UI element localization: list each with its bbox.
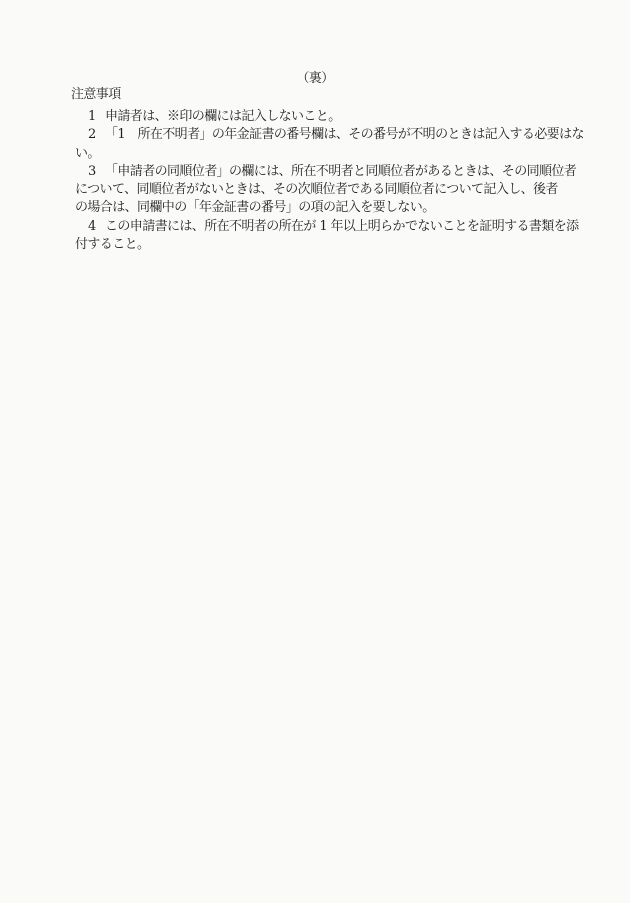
note-number: 3 [88,163,105,181]
note-line: 1申請者は、※印の欄には記入しないこと。 [0,108,630,126]
note-text: の場合は、同欄中の「年金証書の番号」の項の記入を要しない。 [75,200,435,215]
note-text: について、同順位者がないときは、その次順位者である同順位者について記入し、後者 [75,182,558,197]
note-item-3: 3「申請者の同順位者」の欄には、所在不明者と同順位者があるときは、その同順位者 … [0,163,630,218]
note-line: 3「申請者の同順位者」の欄には、所在不明者と同順位者があるときは、その同順位者 [0,163,630,181]
note-item-4: 4この申請書には、所在不明者の所在が 1 年以上明らかでないことを証明する書類を… [0,218,630,255]
note-item-1: 1申請者は、※印の欄には記入しないこと。 [0,108,630,126]
note-number: 1 [88,108,105,126]
note-text: 「申請者の同順位者」の欄には、所在不明者と同順位者があるときは、その同順位者 [105,164,576,179]
note-number: 2 [88,126,105,144]
note-line: の場合は、同欄中の「年金証書の番号」の項の記入を要しない。 [0,199,630,217]
note-line: い。 [0,145,630,163]
note-line: 4この申請書には、所在不明者の所在が 1 年以上明らかでないことを証明する書類を… [0,218,630,236]
note-text: この申請書には、所在不明者の所在が 1 年以上明らかでないことを証明する書類を添 [105,219,579,234]
note-line: について、同順位者がないときは、その次順位者である同順位者について記入し、後者 [0,181,630,199]
note-item-2: 2「1 所在不明者」の年金証書の番号欄は、その番号が不明のときは記入する必要はな… [0,126,630,163]
note-number: 4 [88,218,105,236]
notes-list: 1申請者は、※印の欄には記入しないこと。 2「1 所在不明者」の年金証書の番号欄… [0,108,630,254]
note-text: い。 [75,146,100,161]
note-line: 2「1 所在不明者」の年金証書の番号欄は、その番号が不明のときは記入する必要はな [0,126,630,144]
note-text: 申請者は、※印の欄には記入しないこと。 [105,109,341,124]
note-text: 付すること。 [75,237,149,252]
notes-heading: 注意事項 [71,86,121,104]
document-page: （裏） 注意事項 1申請者は、※印の欄には記入しないこと。 2「1 所在不明者」… [0,0,630,903]
note-line: 付すること。 [0,236,630,254]
note-text: 「1 所在不明者」の年金証書の番号欄は、その番号が不明のときは記入する必要はな [105,127,584,142]
